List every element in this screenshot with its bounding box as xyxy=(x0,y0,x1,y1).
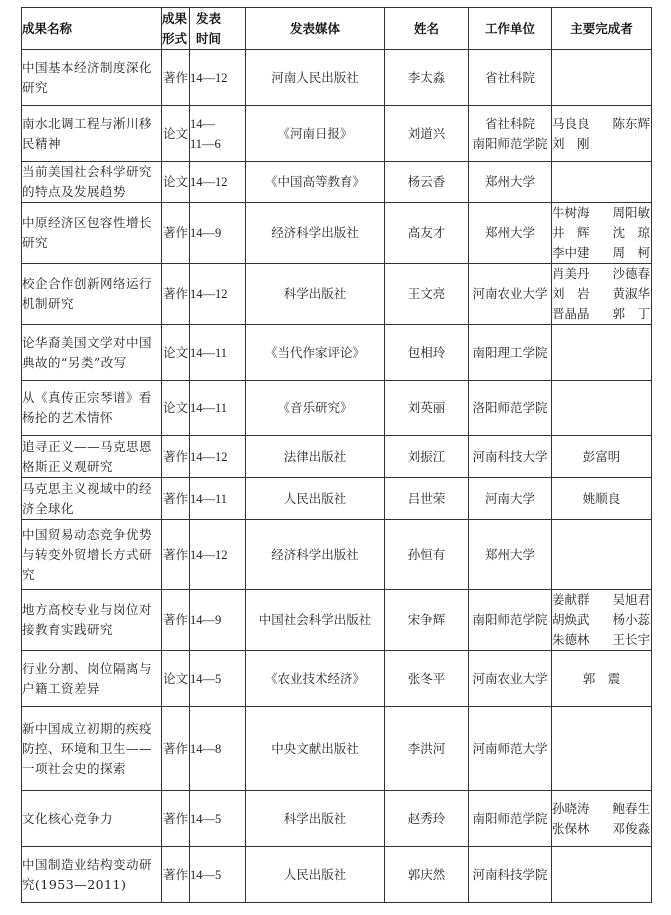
cell-date: 14—9 xyxy=(190,203,246,264)
contributor-name: 王长宇 xyxy=(612,630,650,650)
cell-title: 马克思主义视域中的经济全球化 xyxy=(22,478,162,520)
cell-unit: 河南农业大学 xyxy=(469,651,552,707)
cell-date: 14—11 xyxy=(190,478,246,520)
cell-title: 中原经济区包容性增长研究 xyxy=(22,203,162,264)
table-row: 中国贸易动态竞争优势与转变外贸增长方式研究著作14—12经济科学出版社孙恒有郑州… xyxy=(22,520,652,590)
header-media: 发表媒体 xyxy=(246,8,385,50)
cell-media: 中央文献出版社 xyxy=(246,707,385,791)
cell-form: 著作 xyxy=(162,478,190,520)
header-form-line1: 成果 xyxy=(162,9,189,29)
unit-line: 河南农业大学 xyxy=(469,284,551,304)
cell-media: 河南人民出版社 xyxy=(246,50,385,106)
cell-main-contributors: 牛树海周阳敏井 辉沈 琼李中建周 柯 xyxy=(552,203,652,264)
contributor-line: 井 辉沈 琼 xyxy=(552,223,651,243)
contributor-name: 刘 刚 xyxy=(552,134,590,154)
cell-name: 高友才 xyxy=(385,203,469,264)
contributor-name: 刘 岩 xyxy=(552,284,590,304)
unit-line: 郑州大学 xyxy=(469,223,551,243)
cell-main-contributors xyxy=(552,325,652,381)
contributor-line: 肖美丹沙德春 xyxy=(552,264,651,284)
cell-date: 14—5 xyxy=(190,847,246,903)
cell-media: 人民出版社 xyxy=(246,478,385,520)
unit-line: 南阳师范学院 xyxy=(469,134,551,154)
contributor-name: 杨小蕊 xyxy=(612,610,650,630)
cell-date: 14—9 xyxy=(190,590,246,651)
cell-main-contributors: 孙晓涛鲍春生张保林邓俊淼 xyxy=(552,791,652,847)
cell-title: 中国基本经济制度深化研究 xyxy=(22,50,162,106)
table-row: 校企合作创新网络运行机制研究著作14—12科学出版社王文亮河南农业大学肖美丹沙德… xyxy=(22,264,652,325)
cell-form: 论文 xyxy=(162,651,190,707)
contributor-name: 井 辉 xyxy=(552,223,590,243)
contributor-line: 张保林邓俊淼 xyxy=(552,819,651,839)
cell-main-contributors: 彭富明 xyxy=(552,436,652,478)
table-row: 地方高校专业与岗位对接教育实践研究著作14—9中国社会科学出版社宋争辉南阳师范学… xyxy=(22,590,652,651)
header-form-line2: 形式 xyxy=(162,29,189,49)
table-row: 马克思主义视域中的经济全球化著作14—11人民出版社吕世荣河南大学姚顺良 xyxy=(22,478,652,520)
cell-form: 论文 xyxy=(162,162,190,203)
contributor-name: 鲍春生 xyxy=(612,799,650,819)
cell-unit: 南阳理工学院 xyxy=(469,325,552,381)
cell-media: 《河南日报》 xyxy=(246,106,385,162)
cell-name: 包相玲 xyxy=(385,325,469,381)
contributor-name: 周 柯 xyxy=(612,243,650,263)
cell-form: 著作 xyxy=(162,436,190,478)
header-name: 姓名 xyxy=(385,8,469,50)
cell-unit: 河南科技大学 xyxy=(469,436,552,478)
unit-line: 南阳师范学院 xyxy=(469,610,551,630)
cell-unit: 河南大学 xyxy=(469,478,552,520)
cell-unit: 省社科院 xyxy=(469,50,552,106)
cell-form: 论文 xyxy=(162,381,190,436)
cell-form: 著作 xyxy=(162,264,190,325)
contributor-name: 张保林 xyxy=(552,819,590,839)
cell-name: 李太淼 xyxy=(385,50,469,106)
header-date: 发表 时间 xyxy=(190,8,246,50)
cell-unit: 河南科技学院 xyxy=(469,847,552,903)
date-line: 14— xyxy=(190,114,245,134)
cell-media: 《音乐研究》 xyxy=(246,381,385,436)
cell-main-contributors xyxy=(552,381,652,436)
cell-media: 法律出版社 xyxy=(246,436,385,478)
cell-name: 张冬平 xyxy=(385,651,469,707)
contributor-name: 马良良 xyxy=(552,114,590,134)
contributor-name: 黄淑华 xyxy=(612,284,650,304)
cell-name: 杨云香 xyxy=(385,162,469,203)
cell-title: 当前美国社会科学研究的特点及发展趋势 xyxy=(22,162,162,203)
cell-title: 南水北调工程与淅川移民精神 xyxy=(22,106,162,162)
table-row: 中国基本经济制度深化研究著作14—12河南人民出版社李太淼省社科院 xyxy=(22,50,652,106)
cell-media: 人民出版社 xyxy=(246,847,385,903)
contributor-line: 刘 岩黄淑华 xyxy=(552,284,651,304)
contributor-name: 晋晶晶 xyxy=(552,304,590,324)
cell-media: 《农业技术经济》 xyxy=(246,651,385,707)
table-row: 追寻正义——马克思恩格斯正义观研究著作14—12法律出版社刘振江河南科技大学彭富… xyxy=(22,436,652,478)
contributor-name: 吴旭君 xyxy=(612,590,650,610)
cell-media: 经济科学出版社 xyxy=(246,520,385,590)
cell-media: 科学出版社 xyxy=(246,791,385,847)
cell-name: 宋争辉 xyxy=(385,590,469,651)
cell-media: 经济科学出版社 xyxy=(246,203,385,264)
cell-date: 14—11—6 xyxy=(190,106,246,162)
unit-line: 省社科院 xyxy=(469,114,551,134)
cell-date: 14—11 xyxy=(190,381,246,436)
unit-line: 洛阳师范学院 xyxy=(469,398,551,418)
contributor-name: 郭 丁 xyxy=(612,304,650,324)
unit-line: 河南科技学院 xyxy=(469,865,551,885)
cell-title: 校企合作创新网络运行机制研究 xyxy=(22,264,162,325)
unit-line: 南阳师范学院 xyxy=(469,809,551,829)
cell-name: 赵秀玲 xyxy=(385,791,469,847)
contributor-name: 沙德春 xyxy=(612,264,650,284)
contributor-name: 胡焕武 xyxy=(552,610,590,630)
unit-line: 郑州大学 xyxy=(469,172,551,192)
contributor-line: 李中建周 柯 xyxy=(552,243,651,263)
table-row: 南水北调工程与淅川移民精神论文14—11—6《河南日报》刘道兴省社科院南阳师范学… xyxy=(22,106,652,162)
header-form: 成果 形式 xyxy=(162,8,190,50)
cell-form: 著作 xyxy=(162,590,190,651)
cell-date: 14—12 xyxy=(190,50,246,106)
cell-date: 14—5 xyxy=(190,791,246,847)
contributor-line: 马良良陈东辉 xyxy=(552,114,651,134)
header-row: 成果名称 成果 形式 发表 时间 发表媒体 姓名 工作单位 主要完成者 xyxy=(22,8,652,50)
table-row: 当前美国社会科学研究的特点及发展趋势论文14—12《中国高等教育》杨云香郑州大学 xyxy=(22,162,652,203)
cell-unit: 南阳师范学院 xyxy=(469,590,552,651)
cell-unit: 河南农业大学 xyxy=(469,264,552,325)
cell-title: 中国制造业结构变动研究(1953—2011) xyxy=(22,847,162,903)
cell-date: 14—12 xyxy=(190,436,246,478)
table-row: 文化核心竞争力著作14—5科学出版社赵秀玲南阳师范学院孙晓涛鲍春生张保林邓俊淼 xyxy=(22,791,652,847)
table-row: 论华裔美国文学对中国典故的“另类”改写论文14—11《当代作家评论》包相玲南阳理… xyxy=(22,325,652,381)
contributor-line: 牛树海周阳敏 xyxy=(552,203,651,223)
header-unit: 工作单位 xyxy=(469,8,552,50)
contributor-line: 姜献群吴旭君 xyxy=(552,590,651,610)
cell-main-contributors: 姚顺良 xyxy=(552,478,652,520)
contributor-line: 孙晓涛鲍春生 xyxy=(552,799,651,819)
cell-name: 刘英丽 xyxy=(385,381,469,436)
cell-name: 郭庆然 xyxy=(385,847,469,903)
cell-name: 刘振江 xyxy=(385,436,469,478)
unit-line: 南阳理工学院 xyxy=(469,343,551,363)
cell-name: 刘道兴 xyxy=(385,106,469,162)
cell-date: 14—8 xyxy=(190,707,246,791)
cell-date: 14—5 xyxy=(190,651,246,707)
contributor-name: 陈东辉 xyxy=(612,114,650,134)
contributor-name: 朱德林 xyxy=(552,630,590,650)
contributor-name: 李中建 xyxy=(552,243,590,263)
contributor-name: 孙晓涛 xyxy=(552,799,590,819)
cell-unit: 郑州大学 xyxy=(469,162,552,203)
cell-form: 著作 xyxy=(162,520,190,590)
cell-main-contributors: 肖美丹沙德春刘 岩黄淑华晋晶晶郭 丁 xyxy=(552,264,652,325)
cell-title: 中国贸易动态竞争优势与转变外贸增长方式研究 xyxy=(22,520,162,590)
cell-form: 著作 xyxy=(162,791,190,847)
contributor-line: 刘 刚 xyxy=(552,134,651,154)
header-title: 成果名称 xyxy=(22,8,162,50)
contributor-name: 邓俊淼 xyxy=(612,819,650,839)
table-body: 中国基本经济制度深化研究著作14—12河南人民出版社李太淼省社科院南水北调工程与… xyxy=(22,50,652,903)
contributor-name: 沈 琼 xyxy=(612,223,650,243)
contributor-name: 彭富明 xyxy=(552,447,651,467)
cell-title: 论华裔美国文学对中国典故的“另类”改写 xyxy=(22,325,162,381)
table-row: 中原经济区包容性增长研究著作14—9经济科学出版社高友才郑州大学牛树海周阳敏井 … xyxy=(22,203,652,264)
unit-line: 河南科技大学 xyxy=(469,447,551,467)
unit-line: 省社科院 xyxy=(469,68,551,88)
unit-line: 河南大学 xyxy=(469,489,551,509)
contributor-line: 朱德林王长宇 xyxy=(552,630,651,650)
cell-unit: 郑州大学 xyxy=(469,520,552,590)
awards-table: 成果名称 成果 形式 发表 时间 发表媒体 姓名 工作单位 主要完成者 中国基本… xyxy=(21,7,652,903)
cell-form: 著作 xyxy=(162,847,190,903)
cell-title: 新中国成立初期的疾疫防控、环境和卫生——一项社会史的探索 xyxy=(22,707,162,791)
table-row: 从《真传正宗琴谱》看杨抡的艺术情怀论文14—11《音乐研究》刘英丽洛阳师范学院 xyxy=(22,381,652,436)
unit-line: 河南师范大学 xyxy=(469,739,551,759)
cell-main-contributors xyxy=(552,520,652,590)
table-row: 中国制造业结构变动研究(1953—2011)著作14—5人民出版社郭庆然河南科技… xyxy=(22,847,652,903)
contributor-name: 姜献群 xyxy=(552,590,590,610)
cell-form: 著作 xyxy=(162,707,190,791)
cell-form: 论文 xyxy=(162,325,190,381)
cell-main-contributors xyxy=(552,847,652,903)
cell-name: 王文亮 xyxy=(385,264,469,325)
cell-main-contributors: 马良良陈东辉刘 刚 xyxy=(552,106,652,162)
cell-main-contributors: 姜献群吴旭君胡焕武杨小蕊朱德林王长宇 xyxy=(552,590,652,651)
cell-main-contributors xyxy=(552,707,652,791)
cell-form: 著作 xyxy=(162,203,190,264)
cell-title: 从《真传正宗琴谱》看杨抡的艺术情怀 xyxy=(22,381,162,436)
contributor-line: 晋晶晶郭 丁 xyxy=(552,304,651,324)
table-row: 行业分割、岗位隔离与户籍工资差异论文14—5《农业技术经济》张冬平河南农业大学郭… xyxy=(22,651,652,707)
header-date-line2: 时间 xyxy=(196,29,245,49)
cell-name: 孙恒有 xyxy=(385,520,469,590)
contributor-name: 肖美丹 xyxy=(552,264,590,284)
cell-unit: 洛阳师范学院 xyxy=(469,381,552,436)
cell-media: 《当代作家评论》 xyxy=(246,325,385,381)
unit-line: 河南农业大学 xyxy=(469,669,551,689)
header-main: 主要完成者 xyxy=(552,8,652,50)
cell-unit: 省社科院南阳师范学院 xyxy=(469,106,552,162)
header-date-line1: 发表 xyxy=(196,9,245,29)
table-row: 新中国成立初期的疾疫防控、环境和卫生——一项社会史的探索著作14—8中央文献出版… xyxy=(22,707,652,791)
cell-form: 著作 xyxy=(162,50,190,106)
cell-name: 李洪河 xyxy=(385,707,469,791)
cell-title: 地方高校专业与岗位对接教育实践研究 xyxy=(22,590,162,651)
cell-form: 论文 xyxy=(162,106,190,162)
contributor-line: 胡焕武杨小蕊 xyxy=(552,610,651,630)
date-line: 11—6 xyxy=(190,134,245,154)
cell-date: 14—12 xyxy=(190,264,246,325)
cell-date: 14—12 xyxy=(190,162,246,203)
contributor-name: 牛树海 xyxy=(552,203,590,223)
unit-line: 郑州大学 xyxy=(469,545,551,565)
cell-media: 科学出版社 xyxy=(246,264,385,325)
cell-main-contributors xyxy=(552,162,652,203)
contributor-name: 周阳敏 xyxy=(612,203,650,223)
cell-unit: 南阳师范学院 xyxy=(469,791,552,847)
cell-main-contributors xyxy=(552,50,652,106)
cell-date: 14—11 xyxy=(190,325,246,381)
cell-title: 文化核心竞争力 xyxy=(22,791,162,847)
cell-date: 14—12 xyxy=(190,520,246,590)
cell-media: 《中国高等教育》 xyxy=(246,162,385,203)
cell-unit: 郑州大学 xyxy=(469,203,552,264)
cell-main-contributors: 郭 震 xyxy=(552,651,652,707)
cell-unit: 河南师范大学 xyxy=(469,707,552,791)
cell-name: 吕世荣 xyxy=(385,478,469,520)
contributor-name: 姚顺良 xyxy=(552,489,651,509)
cell-title: 追寻正义——马克思恩格斯正义观研究 xyxy=(22,436,162,478)
cell-media: 中国社会科学出版社 xyxy=(246,590,385,651)
contributor-name: 郭 震 xyxy=(552,669,651,689)
cell-title: 行业分割、岗位隔离与户籍工资差异 xyxy=(22,651,162,707)
